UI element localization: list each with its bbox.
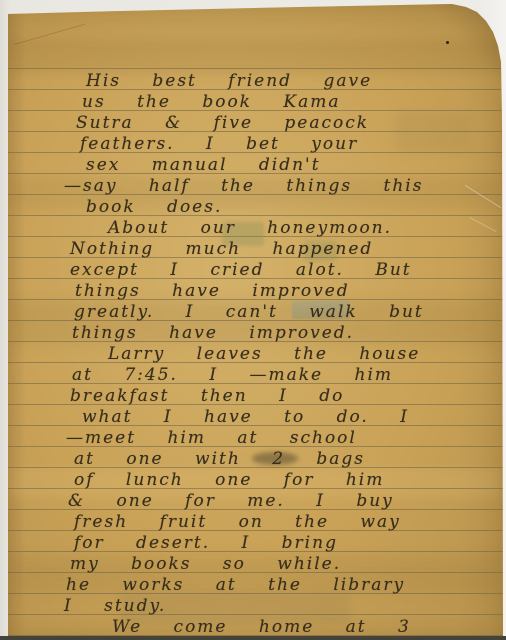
- letter-line: We come home at 3: [8, 617, 503, 638]
- letter-line: he works at the library: [8, 575, 503, 596]
- scanned-letter: His best friend gaveus the book KamaSutr…: [0, 0, 506, 640]
- letter-line: except I cried alot. But: [8, 260, 503, 281]
- letter-line: my books so while.: [8, 554, 503, 575]
- crease-line: [13, 24, 84, 45]
- letter-line: —meet him at school: [8, 428, 503, 449]
- letter-line: I study.: [8, 596, 503, 617]
- letter-line: things have improved: [8, 281, 503, 302]
- letter-line: for desert. I bring: [8, 533, 503, 554]
- notebook-paper: His best friend gaveus the book KamaSutr…: [0, 0, 506, 640]
- letter-line: —say half the things this: [8, 176, 503, 197]
- letter-line: About our honeymoon.: [8, 218, 503, 239]
- letter-line: Nothing much happened: [8, 239, 503, 260]
- letter-line: things have improved.: [8, 323, 503, 344]
- letter-line: Larry leaves the house: [8, 344, 503, 365]
- scan-bottom-edge: [0, 636, 506, 640]
- letter-line: greatly. I can't walk but: [8, 302, 503, 323]
- letter-line: what I have to do. I: [8, 407, 503, 428]
- letter-line: book does.: [8, 197, 503, 218]
- paper-speck: [446, 41, 449, 44]
- letter-line: His best friend gave: [8, 71, 503, 92]
- letter-line: feathers. I bet your: [8, 134, 503, 155]
- letter-line: at 7:45. I —make him: [8, 365, 503, 386]
- letter-line: Sutra & five peacock: [8, 113, 503, 134]
- letter-line: & one for me. I buy: [8, 491, 503, 512]
- letter-line: at one with 2 bags: [8, 449, 503, 470]
- letter-line: sex manual didn't: [8, 155, 503, 176]
- letter-line: of lunch one for him: [8, 470, 503, 491]
- letter-line: fresh fruit on the way: [8, 512, 503, 533]
- letter-line: breakfast then I do: [8, 386, 503, 407]
- letter-line: us the book Kama: [8, 92, 503, 113]
- letter-text: His best friend gaveus the book KamaSutr…: [8, 71, 503, 638]
